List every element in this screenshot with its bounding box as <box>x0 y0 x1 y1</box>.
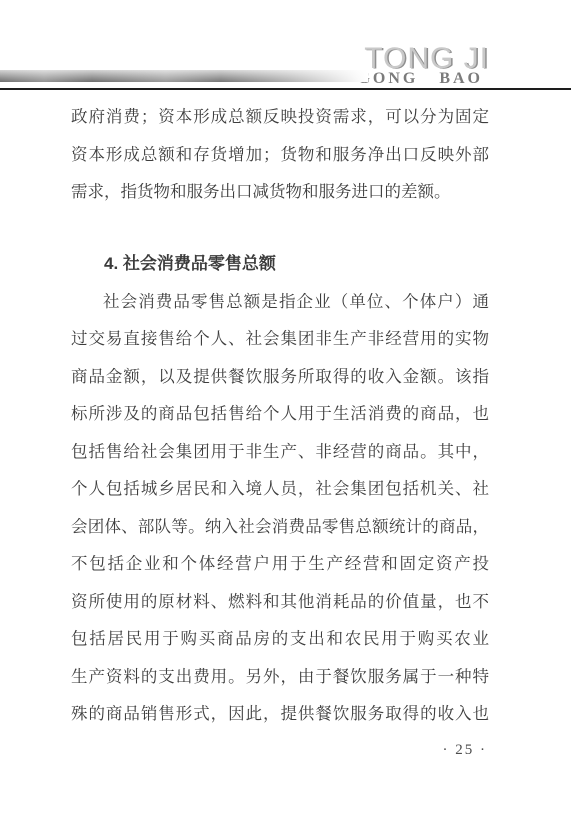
text-line: 不包括企业和个体经营户用于生产经营和固定资产投 <box>71 545 489 583</box>
paragraph-gdp-expenditure: 政府消费；资本形成总额反映投资需求，可以分为固定 资本形成总额和存货增加；货物和… <box>71 98 489 211</box>
text-line: 标所涉及的商品包括售给个人用于生活消费的商品，也 <box>71 395 489 433</box>
text-line: 资所使用的原材料、燃料和其他消耗品的价值量，也不 <box>71 583 489 621</box>
text-line: 过交易直接售给个人、社会集团非生产非经营用的实物 <box>71 320 489 358</box>
masthead-rule-line <box>0 88 571 90</box>
text-line: 包括居民用于购买商品房的支出和农民用于购买农业 <box>71 620 489 658</box>
paragraph-retail-sales-definition: 社会消费品零售总额是指企业（单位、个体户）通 过交易直接售给个人、社会集团非生产… <box>71 283 489 733</box>
document-page: TONG JI GONG BAO 政府消费；资本形成总额反映投资需求，可以分为固… <box>0 0 571 816</box>
text-line: 会团体、部队等。纳入社会消费品零售总额统计的商品， <box>71 508 489 546</box>
text-line: 政府消费；资本形成总额反映投资需求，可以分为固定 <box>71 98 489 136</box>
text-line: 包括售给社会集团用于非生产、非经营的商品。其中， <box>71 433 489 471</box>
section-heading-retail-sales: 4. 社会消费品零售总额 <box>71 245 489 283</box>
text-line: 生产资料的支出费用。另外，由于餐饮服务属于一种特 <box>71 658 489 696</box>
text-line: 殊的商品销售形式，因此，提供餐饮服务取得的收入也 <box>71 695 489 733</box>
masthead-logo-gongbao: GONG BAO <box>357 71 483 87</box>
text-line: 需求，指货物和服务出口减货物和服务进口的差额。 <box>71 173 489 211</box>
body-text: 政府消费；资本形成总额反映投资需求，可以分为固定 资本形成总额和存货增加；货物和… <box>71 98 489 733</box>
masthead-gradient-bar <box>0 70 368 82</box>
page-number: · 25 · <box>443 742 488 759</box>
text-line: 商品金额，以及提供餐饮服务所取得的收入金额。该指 <box>71 358 489 396</box>
text-line: 社会消费品零售总额是指企业（单位、个体户）通 <box>71 283 489 321</box>
text-line: 个人包括城乡居民和入境人员，社会集团包括机关、社 <box>71 470 489 508</box>
text-line: 资本形成总额和存货增加；货物和服务净出口反映外部 <box>71 136 489 174</box>
